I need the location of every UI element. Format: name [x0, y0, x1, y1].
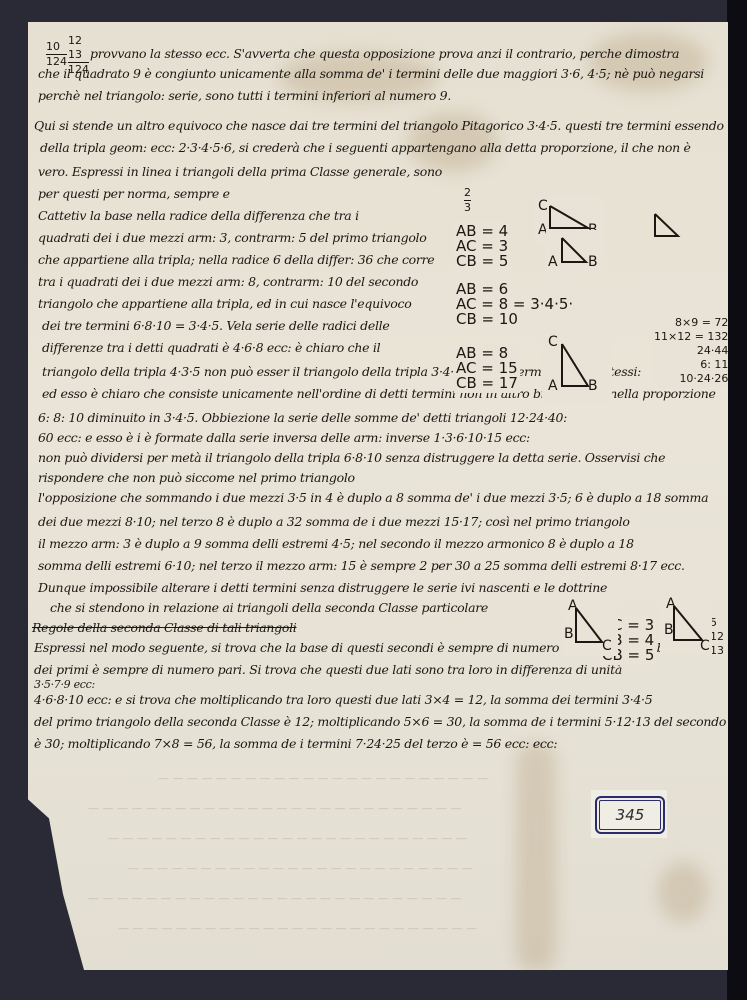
fraction-two-thirds: 2 3: [464, 186, 471, 215]
stain: [516, 742, 556, 972]
text-line: che il quadrato 9 è congiunto unicamente…: [38, 66, 704, 81]
text-line: perchè nel triangolo: serie, sono tutti …: [38, 88, 451, 103]
svg-text:B: B: [664, 622, 674, 638]
equations-block-3: AB = 8 AC = 15 CB = 17: [454, 344, 520, 393]
text-line-struck: Regole della seconda Classe di tali tria…: [32, 620, 297, 635]
text-line: della tripla geom: ecc: 2·3·4·5·6, si cr…: [40, 140, 691, 155]
text-line: rispondere che non può siccome nel primo…: [38, 470, 355, 485]
text-line: differenze tra i detti quadrati è 4·6·8 …: [42, 340, 380, 355]
svg-text:A: A: [666, 596, 676, 612]
svg-text:B: B: [564, 626, 574, 642]
text-line: dei tre termini 6·8·10 = 3·4·5. Vela ser…: [42, 318, 389, 333]
text-line: non può dividersi per metà il triangolo …: [38, 450, 665, 465]
svg-text:C: C: [538, 198, 548, 214]
svg-text:B: B: [588, 254, 598, 270]
svg-text:A: A: [548, 254, 558, 270]
side-calculations: 8×9 = 72 11×12 = 132 24·44 6: 11 10·24·2…: [652, 314, 730, 388]
archive-number: 345: [616, 806, 645, 824]
text-line: il mezzo arm: 3 è duplo a 9 somma delli …: [38, 536, 634, 551]
text-line: Qui si stende un altro equivoco che nasc…: [34, 118, 747, 133]
triangle-diagram-2: A B: [550, 234, 600, 274]
text-line: tra i quadrati dei i due mezzi arm: 8, c…: [38, 274, 418, 289]
text-line: quadrati dei i due mezzi arm: 3, contrar…: [38, 230, 426, 245]
text-line: per questi per norma, sempre e: [38, 186, 230, 201]
text-line: del primo triangolo della seconda Classe…: [34, 714, 726, 729]
triangle-diagram-6: A B C: [664, 600, 714, 652]
text-line: è 30; moltiplicando 7×8 = 56, la somma d…: [34, 736, 557, 751]
svg-text:A: A: [548, 378, 558, 394]
text-line: l'opposizione che sommando i due mezzi 3…: [38, 490, 708, 505]
equations-block-2: AB = 6 AC = 8 = 3·4·5· CB = 10: [454, 280, 575, 329]
text-line: 6: 8: 10 diminuito in 3·4·5. Obbiezione …: [38, 410, 567, 425]
text-line: triangolo che appartiene alla tripla, ed…: [38, 296, 411, 311]
triangle-diagram-5: A B C: [566, 602, 616, 652]
text-line: Dunque impossibile alterare i detti term…: [38, 580, 607, 595]
text-line: dei due mezzi 8·10; nel terzo 8 è duplo …: [38, 514, 630, 529]
equations-block-1: AB = 4 AC = 3 CB = 5: [454, 222, 510, 271]
text-line: Cattetiv la base nella radice della diff…: [38, 208, 359, 223]
svg-text:B: B: [588, 378, 598, 394]
text-line: che appartiene alla tripla; nella radice…: [38, 252, 434, 267]
text-line: dei primi è sempre di numero pari. Si tr…: [34, 662, 622, 677]
text-line: 60 ecc: e esso è i è formate dalla serie…: [38, 430, 530, 445]
text-line: 4·6·8·10 ecc: e si trova che moltiplican…: [34, 692, 652, 707]
svg-text:A: A: [568, 598, 578, 614]
svg-text:C: C: [700, 638, 710, 654]
text-line: somma delli estremi 6·10; nel terzo il m…: [38, 558, 685, 573]
text-line: che si stendono in relazione ai triangol…: [50, 600, 488, 615]
triangle-diagram-4: C A B: [546, 338, 606, 398]
text-line: 3·5·7·9 ecc:: [34, 678, 95, 691]
archive-label-frame: 345: [595, 796, 665, 834]
svg-text:C: C: [548, 334, 558, 350]
text-line: vero. Espressi in linea i triangoli dell…: [38, 164, 442, 179]
stain: [588, 32, 708, 92]
text-line: ed esso è chiaro che consiste unicamente…: [42, 386, 716, 401]
stain: [658, 862, 708, 922]
text-line: provvano la stesso ecc. S'avverta che qu…: [90, 46, 679, 61]
svg-text:C: C: [602, 638, 612, 654]
scan-background-edge: [727, 0, 747, 1000]
fraction-1: 10 124: [46, 40, 67, 69]
triangle-diagram-3: [652, 212, 682, 242]
archive-label: 345: [591, 790, 667, 838]
